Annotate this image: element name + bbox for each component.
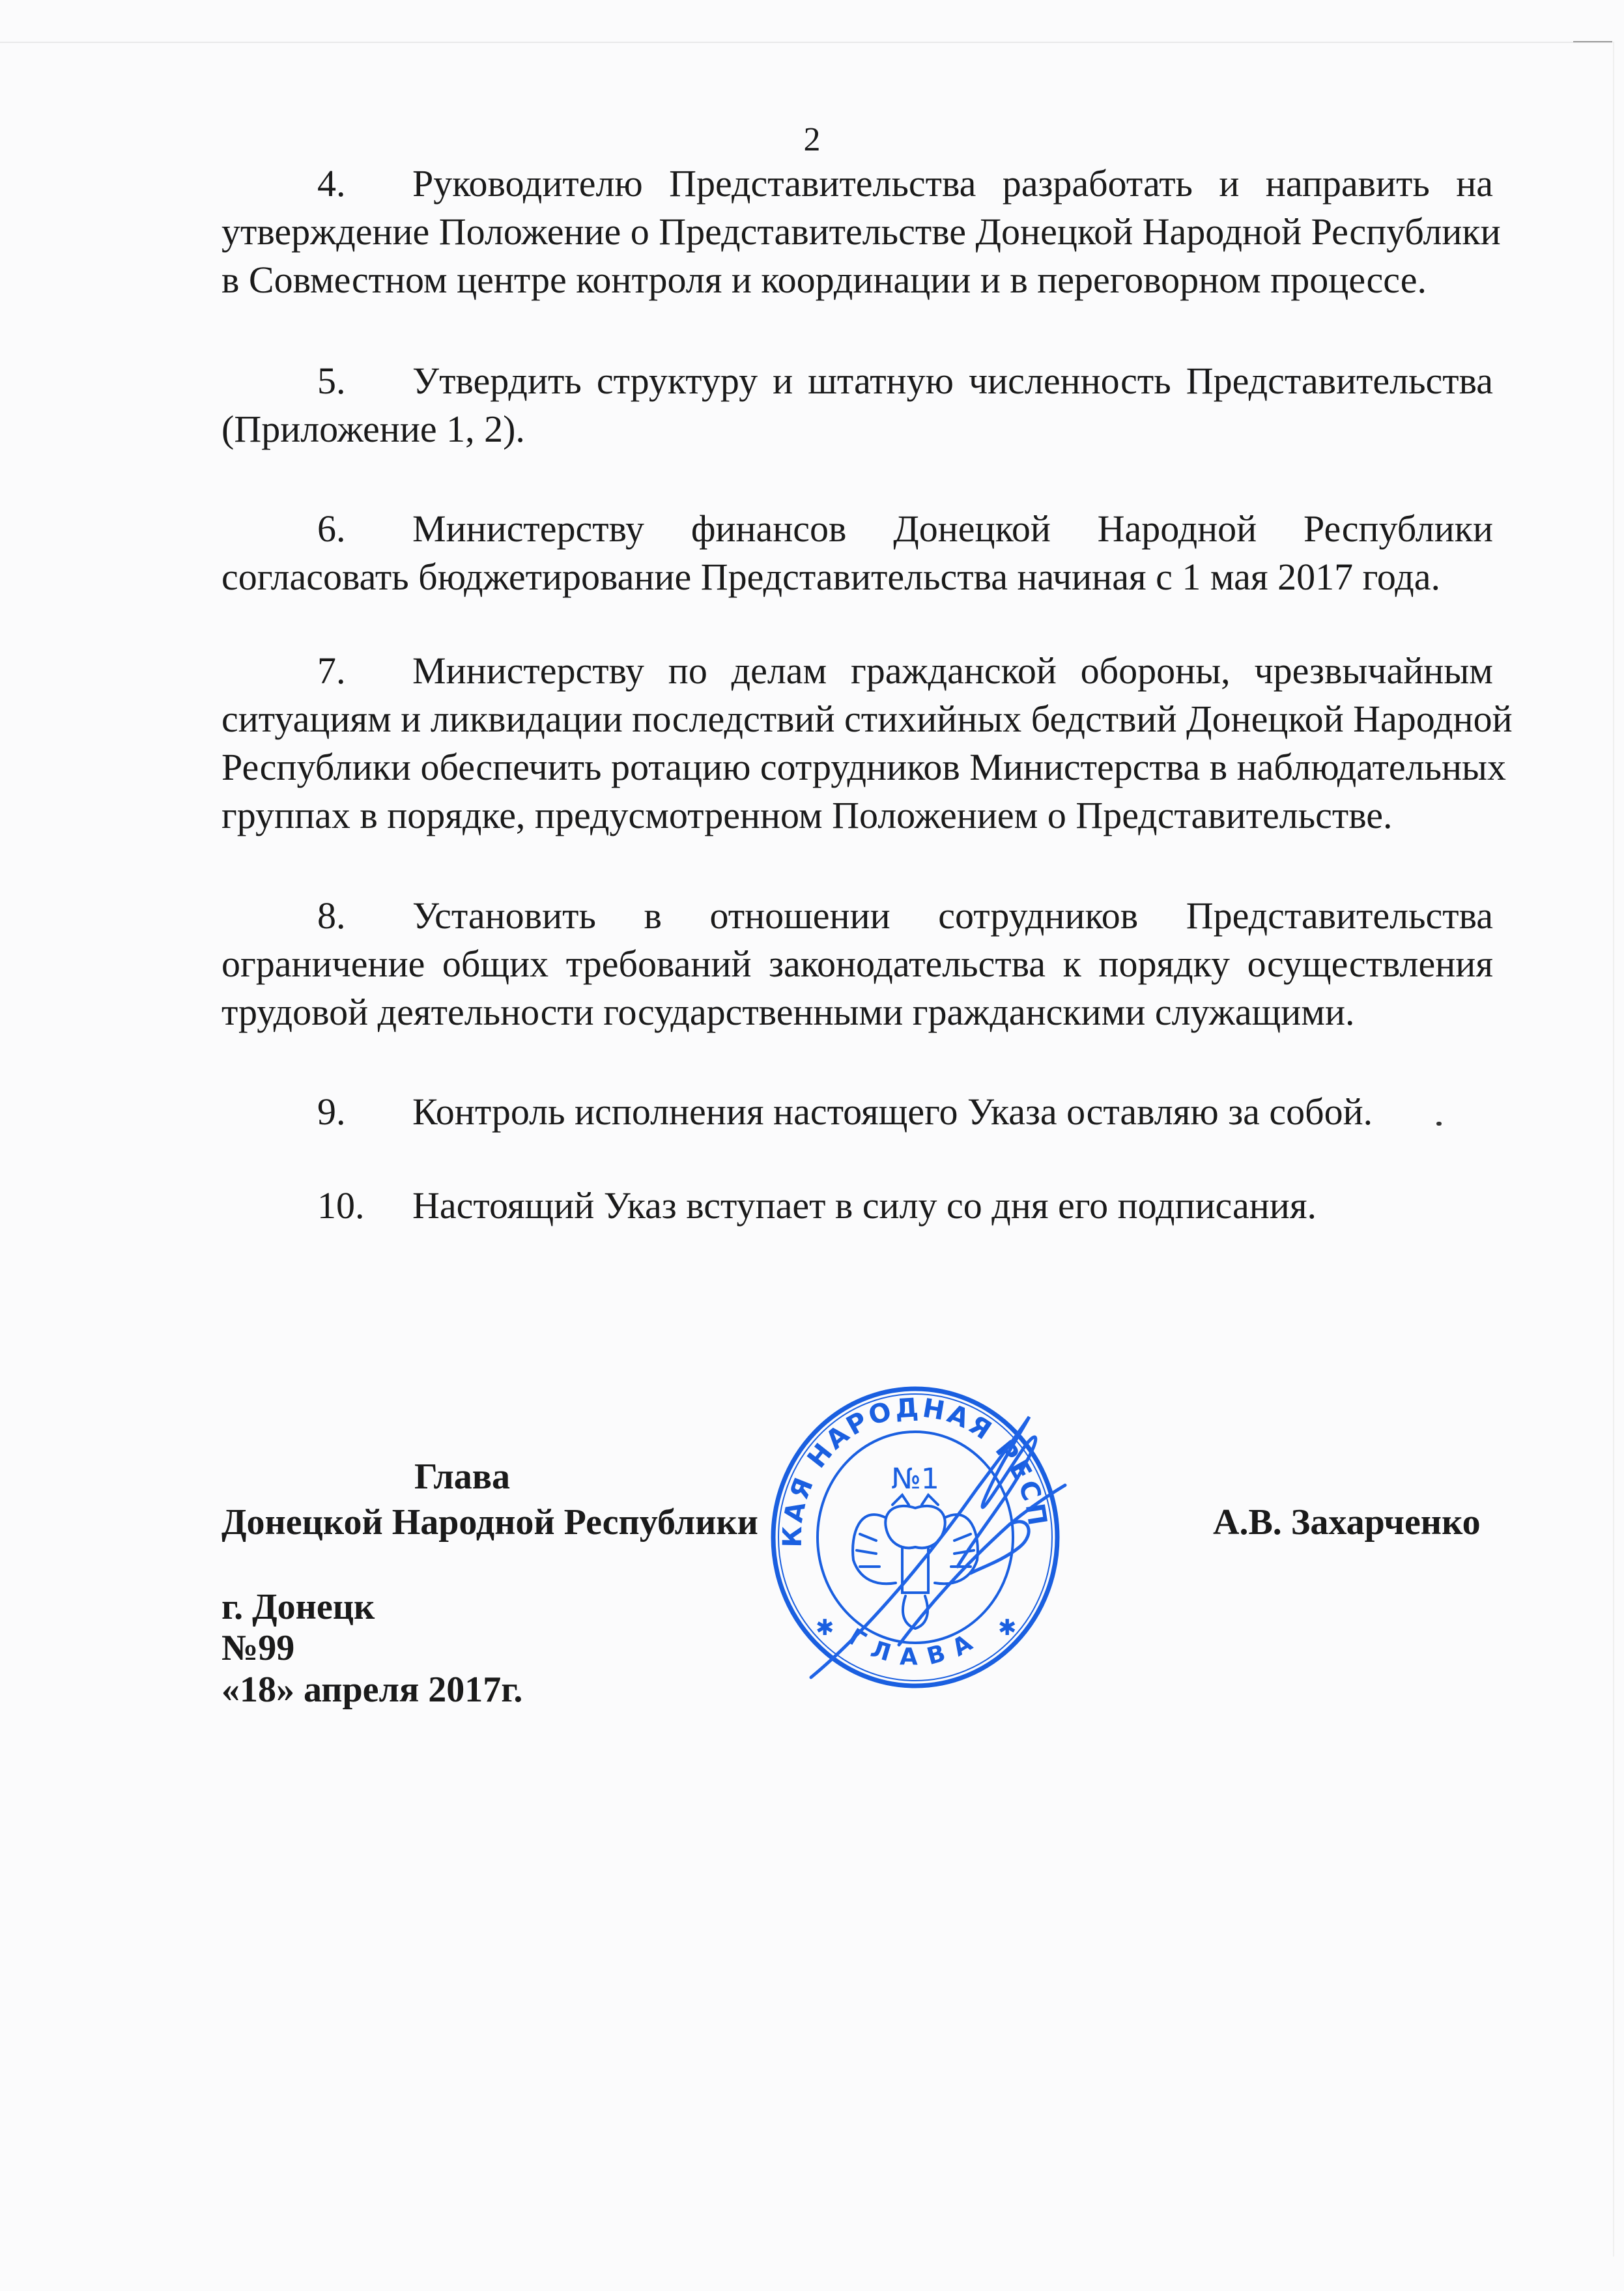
item-line: в Совместном центре контроля и координац… — [221, 256, 1493, 304]
item-line: Республики обеспечить ротацию сотруднико… — [221, 743, 1493, 791]
item-line: 5.Утвердить структуру и штатную численно… — [221, 357, 1493, 405]
item-line: 7.Министерству по делам гражданской обор… — [221, 647, 1493, 695]
item-line: ограничение общих требований законодател… — [221, 940, 1493, 988]
decree-date: «18» апреля 2017г. — [221, 1669, 522, 1711]
item-line: 10.Настоящий Указ вступает в силу со дня… — [221, 1182, 1493, 1230]
svg-text:✱: ✱ — [816, 1615, 834, 1641]
page-number: 2 — [0, 121, 1624, 159]
decree-item-6: 6.Министерству финансов Донецкой Народно… — [221, 505, 1493, 601]
scan-speck — [1436, 1122, 1442, 1126]
decree-item-5: 5.Утвердить структуру и штатную численно… — [221, 357, 1493, 453]
decree-item-10: 10.Настоящий Указ вступает в силу со дня… — [221, 1182, 1493, 1230]
item-number: 6. — [317, 505, 412, 553]
decree-item-7: 7.Министерству по делам гражданской обор… — [221, 647, 1493, 840]
item-number: 8. — [317, 892, 412, 940]
svg-text:№1: №1 — [891, 1462, 939, 1496]
item-line: 4.Руководителю Представительства разрабо… — [221, 160, 1493, 208]
item-line: ситуациям и ликвидации последствий стихи… — [221, 695, 1493, 743]
item-number: 7. — [317, 647, 412, 695]
item-line: согласовать бюджетирование Представитель… — [221, 553, 1493, 601]
signatory-org: Донецкой Народной Республики — [221, 1501, 758, 1543]
issue-city: г. Донецк — [221, 1586, 375, 1628]
official-stamp: ДОНЕЦКАЯ НАРОДНАЯ РЕСПУБЛИКА ГЛАВА ✱ ✱ №… — [762, 1371, 1068, 1690]
item-line: утверждение Положение о Представительств… — [221, 208, 1493, 256]
decree-number: №99 — [221, 1627, 294, 1669]
item-line: группах в порядке, предусмотренном Полож… — [221, 791, 1493, 840]
decree-item-8: 8.Установить в отношении сотрудников Пре… — [221, 892, 1493, 1036]
item-line: 6.Министерству финансов Донецкой Народно… — [221, 505, 1493, 553]
decree-item-4: 4.Руководителю Представительства разрабо… — [221, 160, 1493, 304]
item-line: 9.Контроль исполнения настоящего Указа о… — [221, 1088, 1493, 1136]
signatory-name: А.В. Захарченко — [1213, 1501, 1481, 1543]
svg-text:ГЛАВА: ГЛАВА — [844, 1623, 987, 1670]
signatory-title: Глава — [414, 1456, 510, 1498]
item-number: 9. — [317, 1088, 412, 1136]
item-number: 4. — [317, 160, 412, 208]
svg-text:✱: ✱ — [998, 1615, 1017, 1641]
item-line: (Приложение 1, 2). — [221, 405, 1493, 453]
item-number: 10. — [317, 1182, 412, 1230]
item-line: 8.Установить в отношении сотрудников Пре… — [221, 892, 1493, 940]
item-number: 5. — [317, 357, 412, 405]
item-line: трудовой деятельности государственными г… — [221, 988, 1493, 1036]
scan-corner-mark — [1573, 41, 1612, 42]
svg-text:ДОНЕЦКАЯ НАРОДНАЯ РЕСПУБЛИКА: ДОНЕЦКАЯ НАРОДНАЯ РЕСПУБЛИКА — [762, 1371, 1053, 1548]
scan-edge-top — [0, 42, 1612, 43]
scan-edge-right — [1613, 42, 1614, 2256]
decree-item-9: 9.Контроль исполнения настоящего Указа о… — [221, 1088, 1493, 1136]
